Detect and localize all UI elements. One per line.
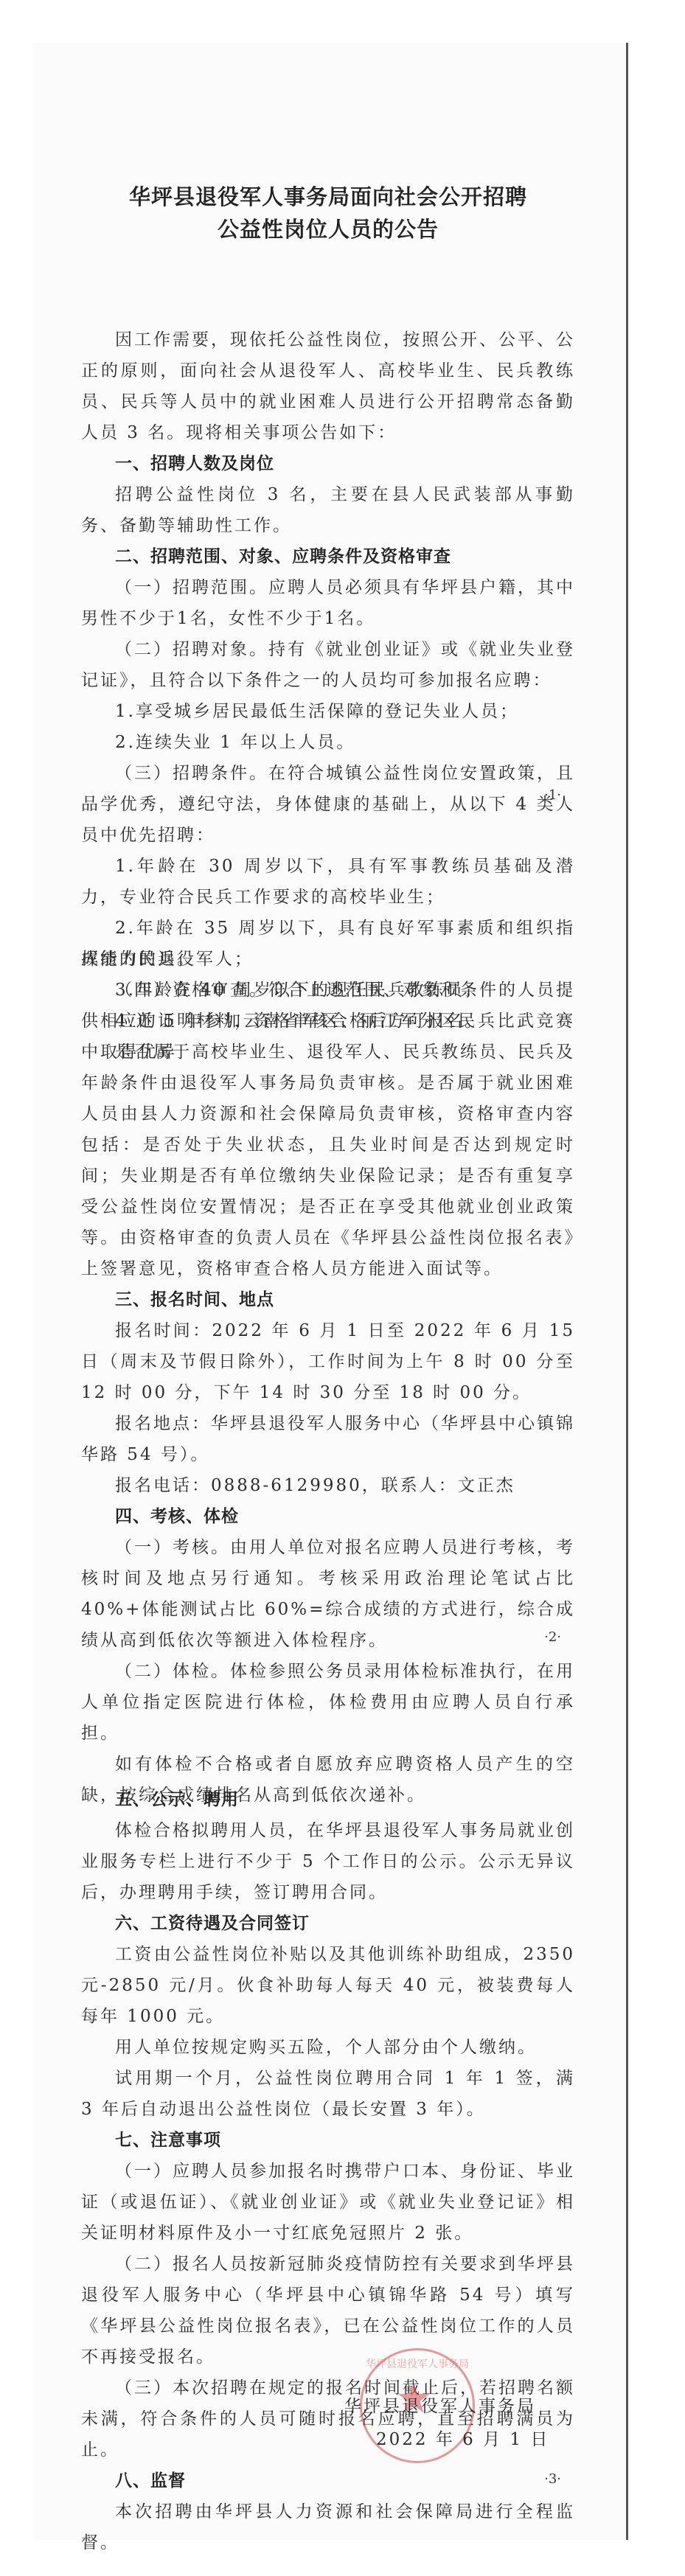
section-6-text-2: 用人单位按规定购买五险，个人部分由个人缴纳。 [81, 2032, 575, 2063]
section-3-heading: 三、报名时间、地点 [81, 1284, 575, 1315]
section-6-heading: 六、工资待遇及合同签订 [81, 1908, 575, 1939]
page-number-3: ·3· [544, 2471, 561, 2487]
section-2-3-item-1: 1.年龄在 30 周岁以下，具有军事教练员基础及潜力，专业符合民兵工作要求的高校… [81, 851, 575, 913]
section-6-text-3: 试用期一个月，公益性岗位聘用合同 1 年 1 签，满 3 年后自动退出公益性岗位… [81, 2063, 575, 2125]
section-1-text: 招聘公益性岗位 3 名，主要在县人民武装部从事勤务、备勤等辅助性工作。 [81, 479, 575, 541]
section-2-4: （四）资格审查。符合上述范围、对象和条件的人员提供相应的证明材料，资格审核合格后… [81, 975, 575, 1037]
section-8-text: 本次招聘由华坪县人力资源和社会保障局进行全程监督。 [81, 2496, 575, 2558]
signature-date: 2022 年 6 月 1 日 [376, 2426, 549, 2450]
section-2-2-item-1: 1.享受城乡居民最低生活保障的登记失业人员； [81, 696, 575, 727]
section-4-heading: 四、考核、体检 [81, 1501, 575, 1532]
section-7-heading: 七、注意事项 [81, 2125, 575, 2156]
intro-paragraph: 因工作需要，现依托公益性岗位，按照公开、公平、公正的原则，面向社会从退役军人、高… [81, 324, 575, 448]
title-line-2: 公益性岗位人员的公告 [81, 213, 575, 246]
section-2-3-item-4-end: 成绩的民兵。 [81, 944, 575, 975]
registration-time: 报名时间：2022 年 6 月 1 日至 2022 年 6 月 15 日（周末及… [81, 1315, 575, 1408]
section-2-2-item-2: 2.连续失业 1 年以上人员。 [81, 727, 575, 758]
section-8-heading: 八、监督 [81, 2465, 575, 2496]
title-line-1: 华坪县退役军人事务局面向社会公开招聘 [81, 181, 575, 213]
section-4-2: （二）体检。体检参照公务员录用体检标准执行，在用人单位指定医院进行体检，体检费用… [81, 1656, 575, 1749]
section-4-1: （一）考核。由用人单位对报名应聘人员进行考核，考核时间及地点另行通知。考核采用政… [81, 1532, 575, 1656]
registration-phone: 报名电话：0888-6129980，联系人：文正杰 [81, 1470, 575, 1501]
page-number-2: ·2· [544, 1629, 561, 1645]
section-7-1: （一）应聘人员参加报名时携带户口本、身份证、毕业证（或退伍证）、《就业创业证》或… [81, 2156, 575, 2249]
page-2-body: 成绩的民兵。 （四）资格审查。符合上述范围、对象和条件的人员提供相应的证明材料，… [81, 944, 575, 1811]
registration-place: 报名地点：华坪县退役军人服务中心（华坪县中心镇锦华路 54 号）。 [81, 1408, 575, 1470]
section-2-3: （三）招聘条件。在符合城镇公益性岗位安置政策，且品学优秀，遵纪守法，身体健康的基… [81, 758, 575, 851]
page-edge-line [626, 43, 628, 2540]
section-1-heading: 一、招聘人数及岗位 [81, 448, 575, 479]
section-2-heading: 二、招聘范围、对象、应聘条件及资格审查 [81, 541, 575, 572]
signature-organization: 华坪县退役军人事务局 [344, 2392, 536, 2417]
page-number-1: ·1· [544, 787, 561, 803]
seal-text: 华坪县退役军人事务局 [362, 2356, 473, 2371]
section-5-heading: 五、公示、聘用 [81, 1784, 575, 1815]
section-6-text-1: 工资由公益性岗位补贴以及其他训练补助组成，2350 元-2850 元/月。伙食补… [81, 1939, 575, 2032]
section-2-1: （一）招聘范围。应聘人员必须具有华坪县户籍，其中男性不少于1名，女性不少于1名。 [81, 572, 575, 634]
section-5-text: 体检合格拟聘用人员，在华坪县退役军人事务局就业创业服务专栏上进行不少于 5 个工… [81, 1815, 575, 1908]
section-7-3: （三）本次招聘在规定的报名时间截止后，若招聘名额未满，符合条件的人员可随时报名应… [81, 2373, 575, 2465]
section-2-2: （二）招聘对象。持有《就业创业证》或《就业失业登记证》，且符合以下条件之一的人员… [81, 634, 575, 696]
page-1: 华坪县退役军人事务局面向社会公开招聘 公益性岗位人员的公告 [81, 181, 575, 246]
section-7-2: （二）报名人员按新冠肺炎疫情防控有关要求到华坪县退役军人服务中心（华坪县中心镇锦… [81, 2249, 575, 2373]
section-2-4-detail: 是否属于高校毕业生、退役军人、民兵教练员、民兵及年龄条件由退役军人事务局负责审核… [81, 1037, 575, 1284]
